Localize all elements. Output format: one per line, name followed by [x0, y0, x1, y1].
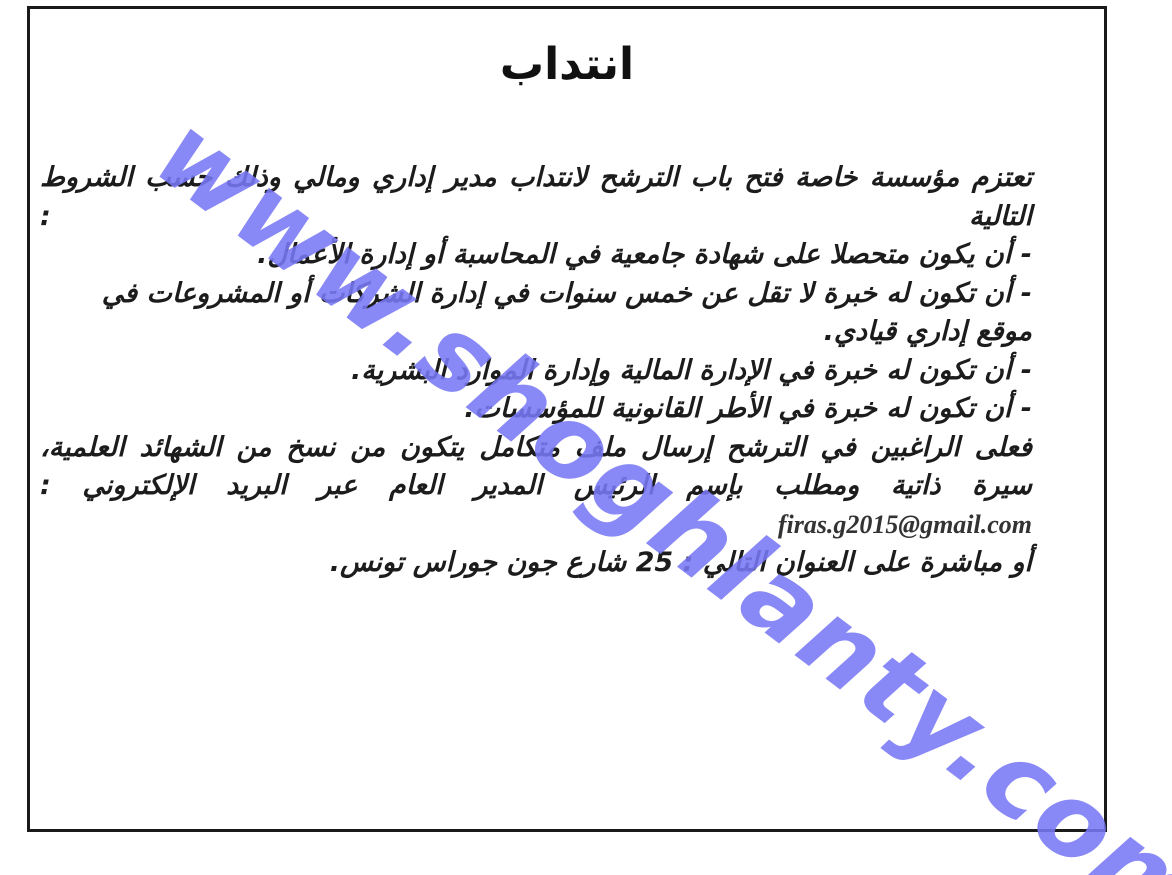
condition-item: - أن يكون متحصلا على شهادة جامعية في الم… [40, 236, 1090, 275]
announcement-body: تعتزم مؤسسة خاصة فتح باب الترشح لانتداب … [40, 159, 1090, 583]
intro-paragraph: تعتزم مؤسسة خاصة فتح باب الترشح لانتداب … [40, 159, 1090, 236]
condition-item: - أن تكون له خبرة في الأطر القانونية للم… [40, 390, 1090, 429]
application-instructions: فعلى الراغبين في الترشح إرسال ملف متكامل… [40, 429, 1090, 506]
condition-item: - أن تكون له خبرة لا تقل عن خمس سنوات في… [40, 275, 1090, 352]
condition-item: - أن تكون له خبرة في الإدارة المالية وإد… [40, 352, 1090, 391]
job-announcement-frame: انتداب تعتزم مؤسسة خاصة فتح باب الترشح ل… [27, 6, 1107, 832]
contact-address: أو مباشرة على العنوان التالي : 25 شارع ج… [40, 544, 1090, 583]
contact-email[interactable]: firas.g2015@gmail.com [40, 506, 1090, 545]
announcement-title: انتداب [30, 39, 1104, 90]
